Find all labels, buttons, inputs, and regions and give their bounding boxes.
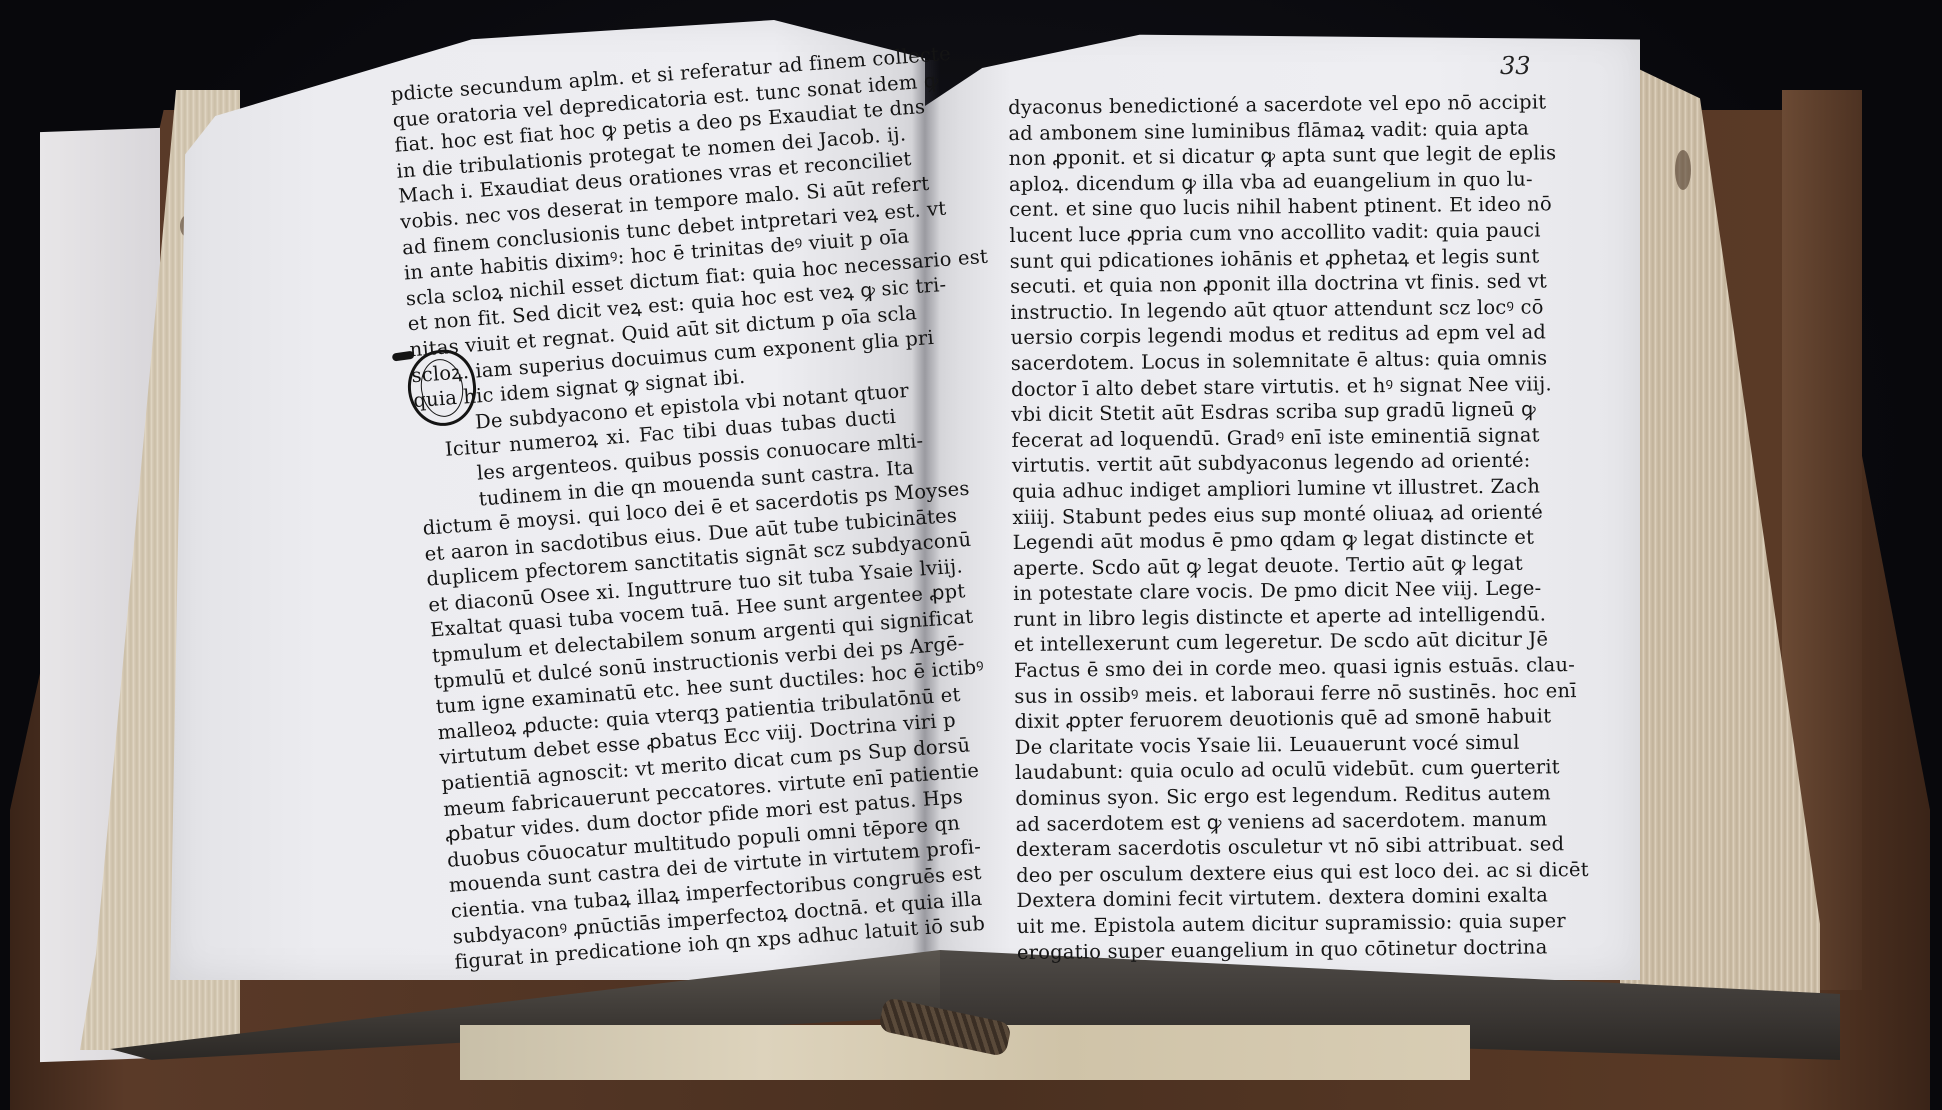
photo-scene: 33 pdicte secundum aplm. et si referatur… [0,0,1942,1110]
text-line: erogatio super euangelium in quo cōtinet… [1017,934,1517,965]
edge-stain [1675,150,1691,190]
right-text-column: dyaconus benedictioné a sacerdote vel ep… [1008,90,1517,965]
folio-number: 33 [1500,52,1531,80]
left-text-column: pdicte secundum aplm. et si referatur ad… [390,47,934,976]
